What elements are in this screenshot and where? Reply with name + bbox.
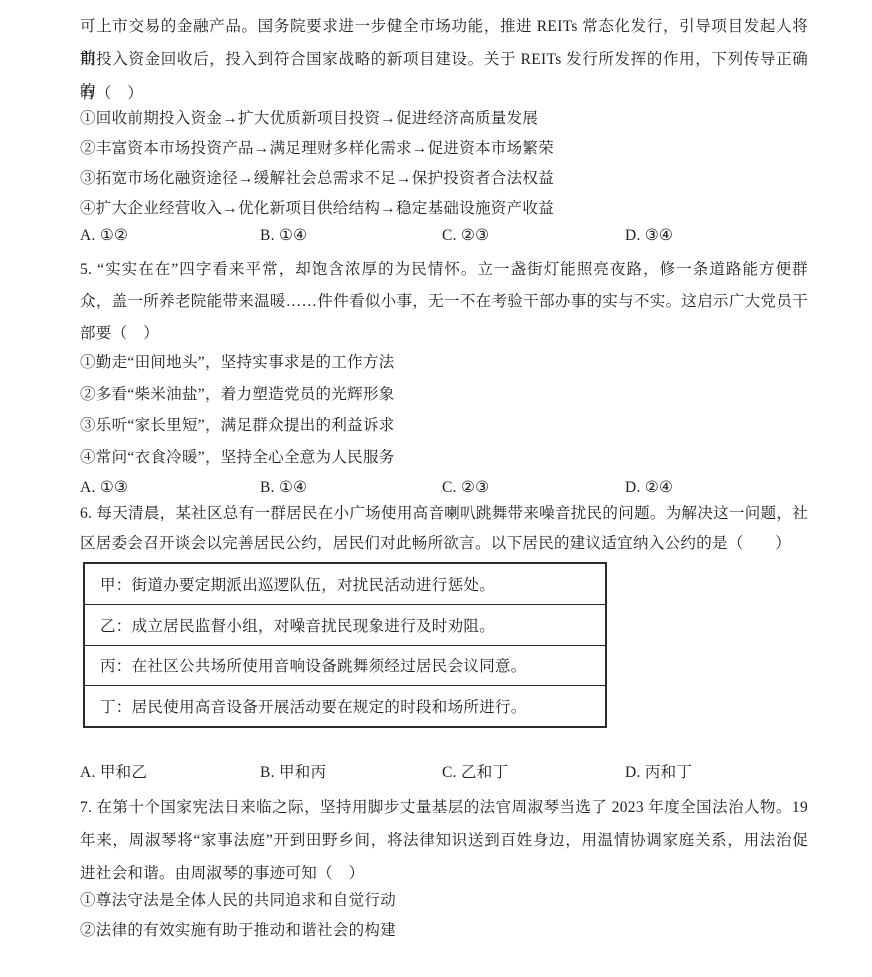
q7-item-2: ②法律的有效实施有助于推动和谐社会的构建	[80, 915, 396, 947]
q4-choices-row: A. ①② B. ①④ C. ②③ D. ③④	[0, 220, 872, 252]
q7-item-1: ①尊法守法是全体人民的共同追求和自觉行动	[80, 885, 396, 917]
table-row-ding: 丁：居民使用高音设备开展活动要在规定的时段和场所进行。	[85, 686, 605, 726]
exam-page: 可上市交易的金融产品。国务院要求进一步健全市场功能，推进 REITs 常态化发行…	[0, 0, 872, 977]
q5-item-1: ①勤走“田间地头”，坚持实事求是的工作方法	[80, 347, 395, 379]
q4-item-2: ②丰富资本市场投资产品→满足理财多样化需求→促进资本市场繁荣	[80, 133, 554, 165]
q6-choices-row: A. 甲和乙 B. 甲和丙 C. 乙和丁 D. 丙和丁	[0, 757, 872, 789]
q6-stem-line-2: 区居委会召开谈会以完善居民公约，居民们对此畅所欲言。以下居民的建议适宜纳入公约的…	[80, 528, 791, 560]
q6-stem-line-1: 6. 每天清晨，某社区总有一群居民在小广场使用高音喇叭跳舞带来噪音扰民的问题。为…	[80, 498, 808, 530]
q4-choice-c: C. ②③	[442, 220, 489, 252]
q4-choice-a: A. ①②	[80, 220, 128, 252]
q4-item-3: ③拓宽市场化融资途径→缓解社会总需求不足→保护投资者合法权益	[80, 163, 554, 195]
q6-choice-a: A. 甲和乙	[80, 757, 147, 789]
q7-stem-line-2: 年来，周淑琴将“家事法庭”开到田野乡间，将法律知识送到百姓身边，用温情协调家庭关…	[80, 825, 808, 857]
q6-choice-b: B. 甲和丙	[260, 757, 326, 789]
q7-stem-line-1: 7. 在第十个国家宪法日来临之际，坚持用脚步丈量基层的法官周淑琴当选了 2023…	[80, 792, 808, 824]
q6-choice-d: D. 丙和丁	[625, 757, 692, 789]
q5-stem-line-2: 众，盖一所养老院能带来温暖……件件看似小事，无一不在考验干部办事的实与不实。这启…	[80, 286, 808, 318]
q4-choice-b: B. ①④	[260, 220, 307, 252]
q4-choice-d: D. ③④	[625, 220, 673, 252]
q6-choice-c: C. 乙和丁	[442, 757, 508, 789]
table-row-yi: 乙：成立居民监督小组，对噪音扰民现象进行及时劝阻。	[85, 605, 605, 646]
q5-stem-line-3: 部要（ ）	[80, 318, 159, 350]
q5-stem-line-1: 5. “实实在在”四字看来平常，却饱含浓厚的为民情怀。立一盏街灯能照亮夜路，修一…	[80, 254, 808, 286]
q4-stem-line-2: 期投入资金回收后，投入到符合国家战略的新项目建设。关于 REITs 发行所发挥的…	[80, 44, 808, 76]
q5-item-3: ③乐听“家长里短”，满足群众提出的利益诉求	[80, 410, 395, 442]
table-row-bing: 丙：在社区公共场所使用音响设备跳舞须经过居民会议同意。	[85, 646, 605, 687]
suggestions-table: 甲：街道办要定期派出巡逻队伍，对扰民活动进行惩处。 乙：成立居民监督小组，对噪音…	[83, 562, 607, 728]
q5-item-4: ④常问“衣食冷暖”，坚持全心全意为人民服务	[80, 442, 395, 474]
q5-item-2: ②多看“柴米油盐”，着力塑造党员的光辉形象	[80, 379, 395, 411]
q4-stem-line-1: 可上市交易的金融产品。国务院要求进一步健全市场功能，推进 REITs 常态化发行…	[80, 11, 808, 43]
table-row-jia: 甲：街道办要定期派出巡逻队伍，对扰民活动进行惩处。	[85, 564, 605, 605]
q4-item-1: ①回收前期投入资金→扩大优质新项目投资→促进经济高质量发展	[80, 103, 538, 135]
